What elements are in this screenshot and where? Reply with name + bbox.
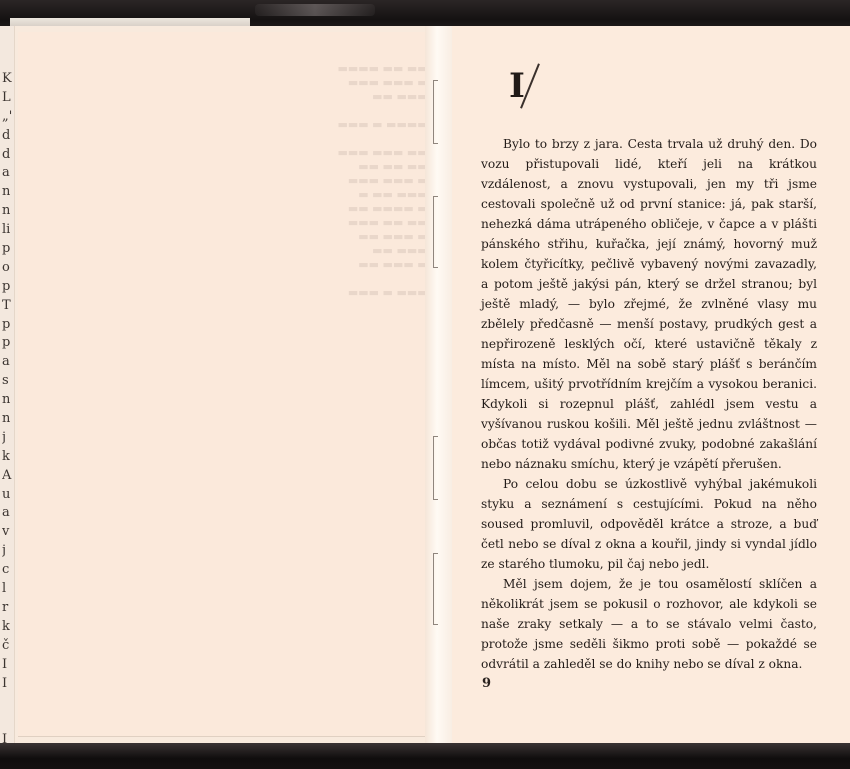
edge-letter: č bbox=[2, 637, 14, 656]
edge-letter: T bbox=[2, 297, 14, 316]
edge-letter: c bbox=[2, 561, 14, 580]
paragraph: Bylo to brzy z jara. Cesta trvala už dru… bbox=[481, 134, 817, 474]
edge-letter: o bbox=[2, 259, 14, 278]
edge-letter: r bbox=[2, 599, 14, 618]
edge-letters: KL„'ddannlipopTppasnnjkAuavjclrkčII I bbox=[2, 70, 14, 750]
edge-letter: n bbox=[2, 391, 14, 410]
binding-stitch bbox=[433, 436, 438, 500]
paragraph: Po celou dobu se úzkostlivě vyhýbal jaké… bbox=[481, 474, 817, 574]
edge-letter: v bbox=[2, 523, 14, 542]
paragraph: Měl jsem dojem, že je tou osamělostí skl… bbox=[481, 574, 817, 674]
edge-letter: n bbox=[2, 183, 14, 202]
show-through-text: ▬▬▬ ▬▬ ▬▬▬▬▬▬ ▬▬▬ ▬▬▬▬▬▬▬ ▬▬▬▬▬▬▬ ▬ ▬▬▬▬… bbox=[328, 62, 438, 300]
edge-letter: K bbox=[2, 70, 14, 89]
binding-stitch bbox=[433, 553, 438, 625]
binding-stitch bbox=[433, 80, 438, 144]
edge-letter bbox=[2, 712, 14, 731]
paper-edge bbox=[10, 18, 250, 26]
binding-stitch bbox=[433, 196, 438, 268]
left-page: KL„'ddannlipopTppasnnjkAuavjclrkčII I ▬▬… bbox=[0, 26, 430, 746]
edge-letter: d bbox=[2, 127, 14, 146]
edge-letter: p bbox=[2, 240, 14, 259]
edge-letter: u bbox=[2, 486, 14, 505]
book-gutter bbox=[425, 26, 455, 746]
edge-letter: A bbox=[2, 467, 14, 486]
edge-letter: „' bbox=[2, 108, 14, 127]
chapter-body-text: Bylo to brzy z jara. Cesta trvala už dru… bbox=[481, 134, 817, 674]
bottom-background-band bbox=[0, 743, 850, 769]
edge-letter: a bbox=[2, 164, 14, 183]
edge-letter bbox=[2, 693, 14, 712]
edge-letter: l bbox=[2, 580, 14, 599]
underlying-page-edge: KL„'ddannlipopTppasnnjkAuavjclrkčII I bbox=[0, 26, 15, 746]
edge-letter: a bbox=[2, 353, 14, 372]
edge-letter: j bbox=[2, 429, 14, 448]
edge-letter: p bbox=[2, 334, 14, 353]
right-page: I Bylo to brzy z jara. Cesta trvala už d… bbox=[452, 26, 850, 746]
edge-letter: k bbox=[2, 448, 14, 467]
edge-letter: p bbox=[2, 278, 14, 297]
edge-letter: I bbox=[2, 675, 14, 694]
page-number: 9 bbox=[482, 676, 491, 691]
edge-letter: a bbox=[2, 504, 14, 523]
edge-letter: n bbox=[2, 202, 14, 221]
edge-letter: li bbox=[2, 221, 14, 240]
edge-letter: n bbox=[2, 410, 14, 429]
left-page-blank: ▬▬▬ ▬▬ ▬▬▬▬▬▬ ▬▬▬ ▬▬▬▬▬▬▬ ▬▬▬▬▬▬▬ ▬ ▬▬▬▬… bbox=[18, 32, 430, 737]
edge-letter: d bbox=[2, 146, 14, 165]
edge-letter: I bbox=[2, 656, 14, 675]
edge-letter: s bbox=[2, 372, 14, 391]
edge-letter: p bbox=[2, 316, 14, 335]
light-glare bbox=[255, 4, 375, 16]
edge-letter: L bbox=[2, 89, 14, 108]
edge-letter: j bbox=[2, 542, 14, 561]
edge-letter: k bbox=[2, 618, 14, 637]
